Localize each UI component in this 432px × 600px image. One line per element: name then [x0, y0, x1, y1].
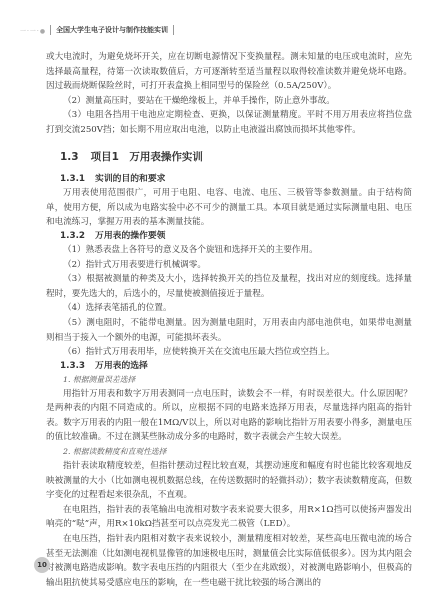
- paragraph: （3）电阻各挡用干电池应定期检查、更换，以保证测量精度。平时不用万用表应将挡位盘…: [46, 108, 412, 137]
- list-item: （4）选择表笔插孔的位置。: [46, 301, 412, 316]
- list-item: （1）熟悉表盘上各符号的意义及各个旋钮和选择开关的主要作用。: [46, 243, 412, 258]
- list-item: （3）根据被测量的种类及大小，选择转换开关的挡位及量程，找出对应的刻度线。选择量…: [46, 272, 412, 301]
- list-item: （5）测电阻时，不能带电测量。因为测量电阻时，万用表由内部电池供电，如果带电测量…: [46, 316, 412, 345]
- paragraph: 在电阻挡，指针表的表笔输出电流相对数字表来说要大很多，用R×1Ω挡可以使扬声器发…: [46, 503, 412, 532]
- subsection-number: 1.3.3: [60, 361, 85, 371]
- subsection-title: 万用表的选择: [95, 361, 148, 371]
- list-item: （6）指针式万用表用毕，应使转换开关在交流电压最大挡位或空挡上。: [46, 345, 412, 360]
- subsection-title: 万用表的操作要领: [95, 231, 165, 241]
- paragraph: 或大电流时，为避免烧坏开关，应在切断电源情况下变换量程。测未知量的电压或电流时，…: [46, 50, 412, 94]
- section-title: 项目1 万用表操作实训: [91, 151, 203, 163]
- sub-subheading: 1. 根据测量误差选择: [63, 373, 412, 387]
- subsection-number: 1.3.1: [60, 174, 85, 184]
- paragraph: 万用表使用范围很广，可用于电阻、电容、电流、电压、三极管等参数测量。由于结构简单…: [46, 186, 412, 230]
- subsection-heading: 1.3.3万用表的选择: [60, 360, 412, 373]
- page-body: 或大电流时，为避免烧坏开关，应在切断电源情况下变换量程。测未知量的电压或电流时，…: [46, 50, 412, 590]
- list-item: （2）指针式万用表要进行机械调零。: [46, 258, 412, 273]
- subsection-title: 实训的目的和要求: [95, 174, 165, 184]
- page-number: 10: [34, 557, 50, 573]
- subsection-heading: 1.3.2万用表的操作要领: [60, 230, 412, 243]
- paragraph: 在电压挡，指针表内阻相对数字表来说较小，测量精度相对较差，某些高电压微电流的场合…: [46, 532, 412, 590]
- paragraph: 指针表读取精度较差，但指针摆动过程比较直观，其摆动速度和幅度有时也能比较客观地反…: [46, 459, 412, 503]
- sub-subheading: 2. 根据读数精度和直观性选择: [63, 445, 412, 459]
- book-title: 全国大学生电子设计与制作技能实训: [50, 25, 174, 35]
- running-header: 一·一·● 全国大学生电子设计与制作技能实训: [20, 24, 174, 36]
- subsection-heading: 1.3.1实训的目的和要求: [60, 173, 412, 186]
- paragraph: 用指针万用表和数字万用表测同一点电压时，读数会不一样，有时误差很大。什么原因呢？…: [46, 387, 412, 445]
- section-number: 1.3: [60, 151, 79, 163]
- subsection-number: 1.3.2: [60, 231, 85, 241]
- paragraph: （2）测量高压时，要站在干燥绝缘板上，并单手操作，防止意外事故。: [46, 94, 412, 109]
- section-heading: 1.3项目1 万用表操作实训: [60, 150, 412, 165]
- header-marks: 一·一·●: [20, 26, 46, 35]
